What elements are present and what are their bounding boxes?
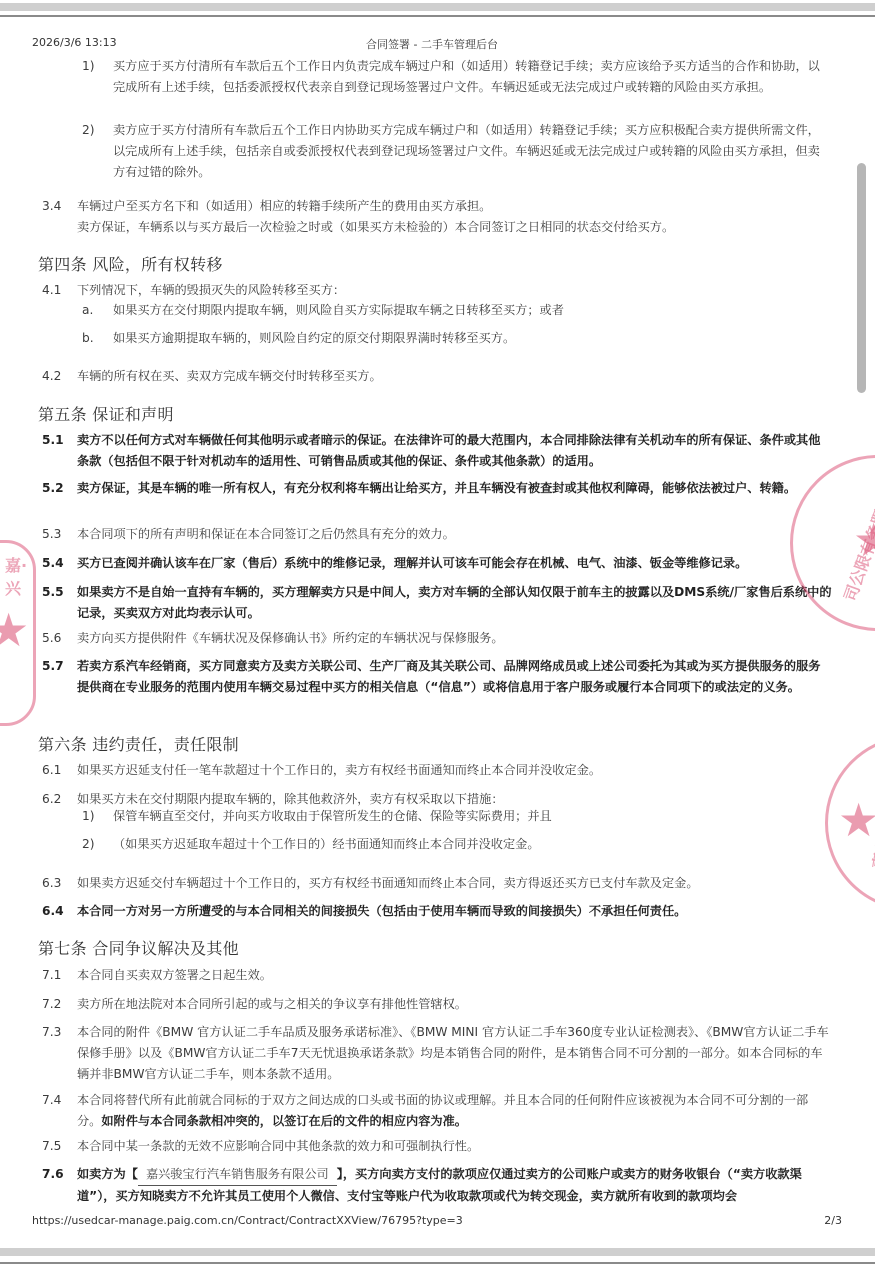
clause-text-bold: 如附件与本合同条款相冲突的，以签订在后的文件的相应内容为准。 — [101, 1114, 467, 1128]
clause-text: 如果买方在交付期限内提取车辆，则风险自买方实际提取车辆之日转移至买方；或者 — [113, 300, 822, 321]
clause-text: 车辆过户至买方名下和（如适用）相应的转籍手续所产生的费用由买方承担。 — [77, 196, 822, 217]
clause-item: 5.7 若卖方系汽车经销商，买方同意卖方及卖方关联公司、生产厂商及其关联公司、品… — [42, 656, 832, 698]
seal-star-icon: ★ — [853, 513, 875, 567]
clause-text: 买方已查阅并确认该车在厂家（售后）系统中的维修记录，理解并认可该车可能会存在机械… — [77, 553, 832, 574]
clause-item: 5.3 本合同项下的所有声明和保证在本合同签订之后仍然具有充分的效力。 — [42, 524, 832, 545]
clause-item: 7.4 本合同将替代所有此前就合同标的于双方之间达成的口头或书面的协议或理解。并… — [42, 1090, 832, 1132]
clause-number: 6.2 — [42, 789, 61, 810]
clause-text: 车辆的所有权在买、卖双方完成车辆交付时转移至买方。 — [77, 366, 822, 387]
company-seal-left: ★ 嘉·兴 — [0, 540, 36, 726]
clause-number: 5.2 — [42, 478, 64, 499]
clause-item: 5.4 买方已查阅并确认该车在厂家（售后）系统中的维修记录，理解并认可该车可能会… — [42, 553, 832, 574]
clause-text: 如果卖方不是自始一直持有车辆的，买方理解卖方只是中间人，卖方对车辆的全部认知仅限… — [77, 582, 832, 624]
sub-clause-item: b. 如果买方逾期提取车辆的，则风险自约定的原交付期限界满时转移至买方。 — [82, 328, 822, 349]
seal-text: 嘉·兴 — [5, 553, 33, 599]
clause-number: 6.3 — [42, 873, 61, 894]
clause-item: 4.2 车辆的所有权在买、卖双方完成车辆交付时转移至买方。 — [42, 366, 822, 387]
vertical-scrollbar-thumb[interactable] — [857, 163, 866, 393]
top-edge-bar — [0, 3, 875, 11]
clause-item: 7.5 本合同中某一条款的无效不应影响合同中其他条款的效力和可强制执行性。 — [42, 1136, 832, 1157]
seller-company-name: 嘉兴骏宝行汽车销售服务有限公司 — [138, 1164, 337, 1186]
clause-text: 卖方向买方提供附件《车辆状况及保修确认书》所约定的车辆状况与保修服务。 — [77, 628, 832, 649]
section-heading: 第七条 合同争议解决及其他 — [38, 936, 239, 959]
clause-number: 5.3 — [42, 524, 61, 545]
clause-text: 保管车辆直至交付，并向买方收取由于保管所发生的仓储、保险等实际费用；并且 — [113, 806, 822, 827]
clause-text: （如果买方迟延取车超过十个工作日的）经书面通知而终止本合同并没收定金。 — [113, 834, 822, 855]
clause-number: 7.3 — [42, 1022, 61, 1043]
clause-number: a. — [82, 300, 93, 321]
sub-clause-item: 2) （如果买方迟延取车超过十个工作日的）经书面通知而终止本合同并没收定金。 — [82, 834, 822, 855]
page-header: 2026/3/6 13:13 合同签署 - 二手车管理后台 — [32, 36, 832, 54]
clause-item: 6.3 如果卖方迟延交付车辆超过十个工作日的，买方有权经书面通知而终止本合同，卖… — [42, 873, 832, 894]
clause-text: 本合同自买卖双方签署之日起生效。 — [77, 965, 832, 986]
clause-number: 7.5 — [42, 1136, 61, 1157]
clause-item: 1) 买方应于买方付清所有车款后五个工作日内负责完成车辆过户和（如适用）转籍登记… — [82, 56, 822, 98]
clause-number: 7.6 — [42, 1164, 64, 1185]
clause-item: 6.4 本合同一方对另一方所遭受的与本合同相关的间接损失（包括由于使用车辆而导致… — [42, 901, 832, 922]
clause-number: 4.2 — [42, 366, 61, 387]
clause-item: 7.3 本合同的附件《BMW 官方认证二手车品质及服务承诺标准》、《BMW MI… — [42, 1022, 832, 1085]
clause-number: 5.4 — [42, 553, 64, 574]
clause-item: 5.6 卖方向买方提供附件《车辆状况及保修确认书》所约定的车辆状况与保修服务。 — [42, 628, 832, 649]
clause-item: 6.1 如果买方迟延支付任一笔车款超过十个工作日的，卖方有权经书面通知而终止本合… — [42, 760, 832, 781]
clause-item: 3.4 车辆过户至买方名下和（如适用）相应的转籍手续所产生的费用由买方承担。 卖… — [42, 196, 822, 238]
clause-item: 7.2 卖方所在地法院对本合同所引起的或与之相关的争议享有排他性管辖权。 — [42, 994, 832, 1015]
clause-text: 卖方不以任何方式对车辆做任何其他明示或者暗示的保证。在法律许可的最大范围内，本合… — [77, 430, 832, 472]
bottom-edge-bar — [0, 1248, 875, 1256]
clause-text: 本合同项下的所有声明和保证在本合同签订之后仍然具有充分的效力。 — [77, 524, 832, 545]
section-heading: 第五条 保证和声明 — [38, 402, 174, 425]
clause-text: 本合同中某一条款的无效不应影响合同中其他条款的效力和可强制执行性。 — [77, 1136, 832, 1157]
clause-text: 卖方保证，其是车辆的唯一所有权人，有充分权利将车辆出让给买方，并且车辆没有被查封… — [77, 478, 832, 499]
clause-text: 卖方应于买方付清所有车款后五个工作日内协助买方完成车辆过户和（如适用）转籍登记手… — [113, 120, 822, 183]
clause-text: 卖方所在地法院对本合同所引起的或与之相关的争议享有排他性管辖权。 — [77, 994, 832, 1015]
clause-text: 如果卖方迟延交付车辆超过十个工作日的，买方有权经书面通知而终止本合同，卖方得返还… — [77, 873, 832, 894]
clause-number: 1) — [82, 56, 95, 77]
page-number: 2/3 — [824, 1214, 842, 1227]
clause-number: 6.1 — [42, 760, 61, 781]
section-heading: 第六条 违约责任，责任限制 — [38, 732, 239, 755]
clause-text: 如果买方逾期提取车辆的，则风险自约定的原交付期限界满时转移至买方。 — [113, 328, 822, 349]
bottom-edge-line — [0, 1262, 875, 1264]
sub-clause-item: 1) 保管车辆直至交付，并向买方收取由于保管所发生的仓储、保险等实际费用；并且 — [82, 806, 822, 827]
clause-item: 5.2 卖方保证，其是车辆的唯一所有权人，有充分权利将车辆出让给买方，并且车辆没… — [42, 478, 832, 499]
clause-text-continued: 卖方保证，车辆系以与买方最后一次检验之时或（如果买方未检验的）本合同签订之日相同… — [77, 217, 822, 238]
top-edge-line — [0, 15, 875, 17]
clause-number: 7.2 — [42, 994, 61, 1015]
clause-number: 5.7 — [42, 656, 64, 677]
clause-text: 如果买方迟延支付任一笔车款超过十个工作日的，卖方有权经书面通知而终止本合同并没收… — [77, 760, 832, 781]
clause-item: 5.1 卖方不以任何方式对车辆做任何其他明示或者暗示的保证。在法律许可的最大范围… — [42, 430, 832, 472]
clause-number: 5.6 — [42, 628, 61, 649]
clause-text: 下列情况下，车辆的毁损灭失的风险转移至买方： — [77, 280, 822, 301]
sub-clause-item: a. 如果买方在交付期限内提取车辆，则风险自买方实际提取车辆之日转移至买方；或者 — [82, 300, 822, 321]
clause-number: b. — [82, 328, 94, 349]
clause-number: 4.1 — [42, 280, 61, 301]
clause-number: 7.1 — [42, 965, 61, 986]
clause-text: 若卖方系汽车经销商，买方同意卖方及卖方关联公司、生产厂商及其关联公司、品牌网络成… — [77, 656, 832, 698]
company-seal-right-lower: 嘉兴骏通 ★ — [825, 735, 875, 911]
clause-prefix: 如卖方为【 — [77, 1167, 138, 1181]
clause-text: 本合同一方对另一方所遭受的与本合同相关的间接损失（包括由于使用车辆而导致的间接损… — [77, 901, 832, 922]
clause-item: 7.1 本合同自买卖双方签署之日起生效。 — [42, 965, 832, 986]
clause-text: 买方应于买方付清所有车款后五个工作日内负责完成车辆过户和（如适用）转籍登记手续；… — [113, 56, 822, 98]
clause-number: 2) — [82, 120, 95, 141]
seal-star-icon: ★ — [0, 603, 29, 657]
clause-number: 1) — [82, 806, 95, 827]
clause-number: 6.4 — [42, 901, 64, 922]
clause-number: 3.4 — [42, 196, 61, 217]
seal-star-icon: ★ — [838, 793, 875, 847]
clause-number: 5.5 — [42, 582, 64, 603]
clause-number: 2) — [82, 834, 95, 855]
clause-item: 7.6 如卖方为【嘉兴骏宝行汽车销售服务有限公司】，买方向卖方支付的款项应仅通过… — [42, 1164, 832, 1207]
section-heading: 第四条 风险，所有权转移 — [38, 252, 223, 275]
clause-text: 本合同的附件《BMW 官方认证二手车品质及服务承诺标准》、《BMW MINI 官… — [77, 1022, 832, 1085]
page-url: https://usedcar-manage.paig.com.cn/Contr… — [32, 1214, 463, 1227]
clause-item: 4.1 下列情况下，车辆的毁损灭失的风险转移至买方： — [42, 280, 822, 301]
clause-number: 5.1 — [42, 430, 64, 451]
page-title: 合同签署 - 二手车管理后台 — [32, 36, 832, 52]
clause-number: 7.4 — [42, 1090, 61, 1111]
clause-item: 2) 卖方应于买方付清所有车款后五个工作日内协助买方完成车辆过户和（如适用）转籍… — [82, 120, 822, 183]
clause-item: 5.5 如果卖方不是自始一直持有车辆的，买方理解卖方只是中间人，卖方对车辆的全部… — [42, 582, 832, 624]
